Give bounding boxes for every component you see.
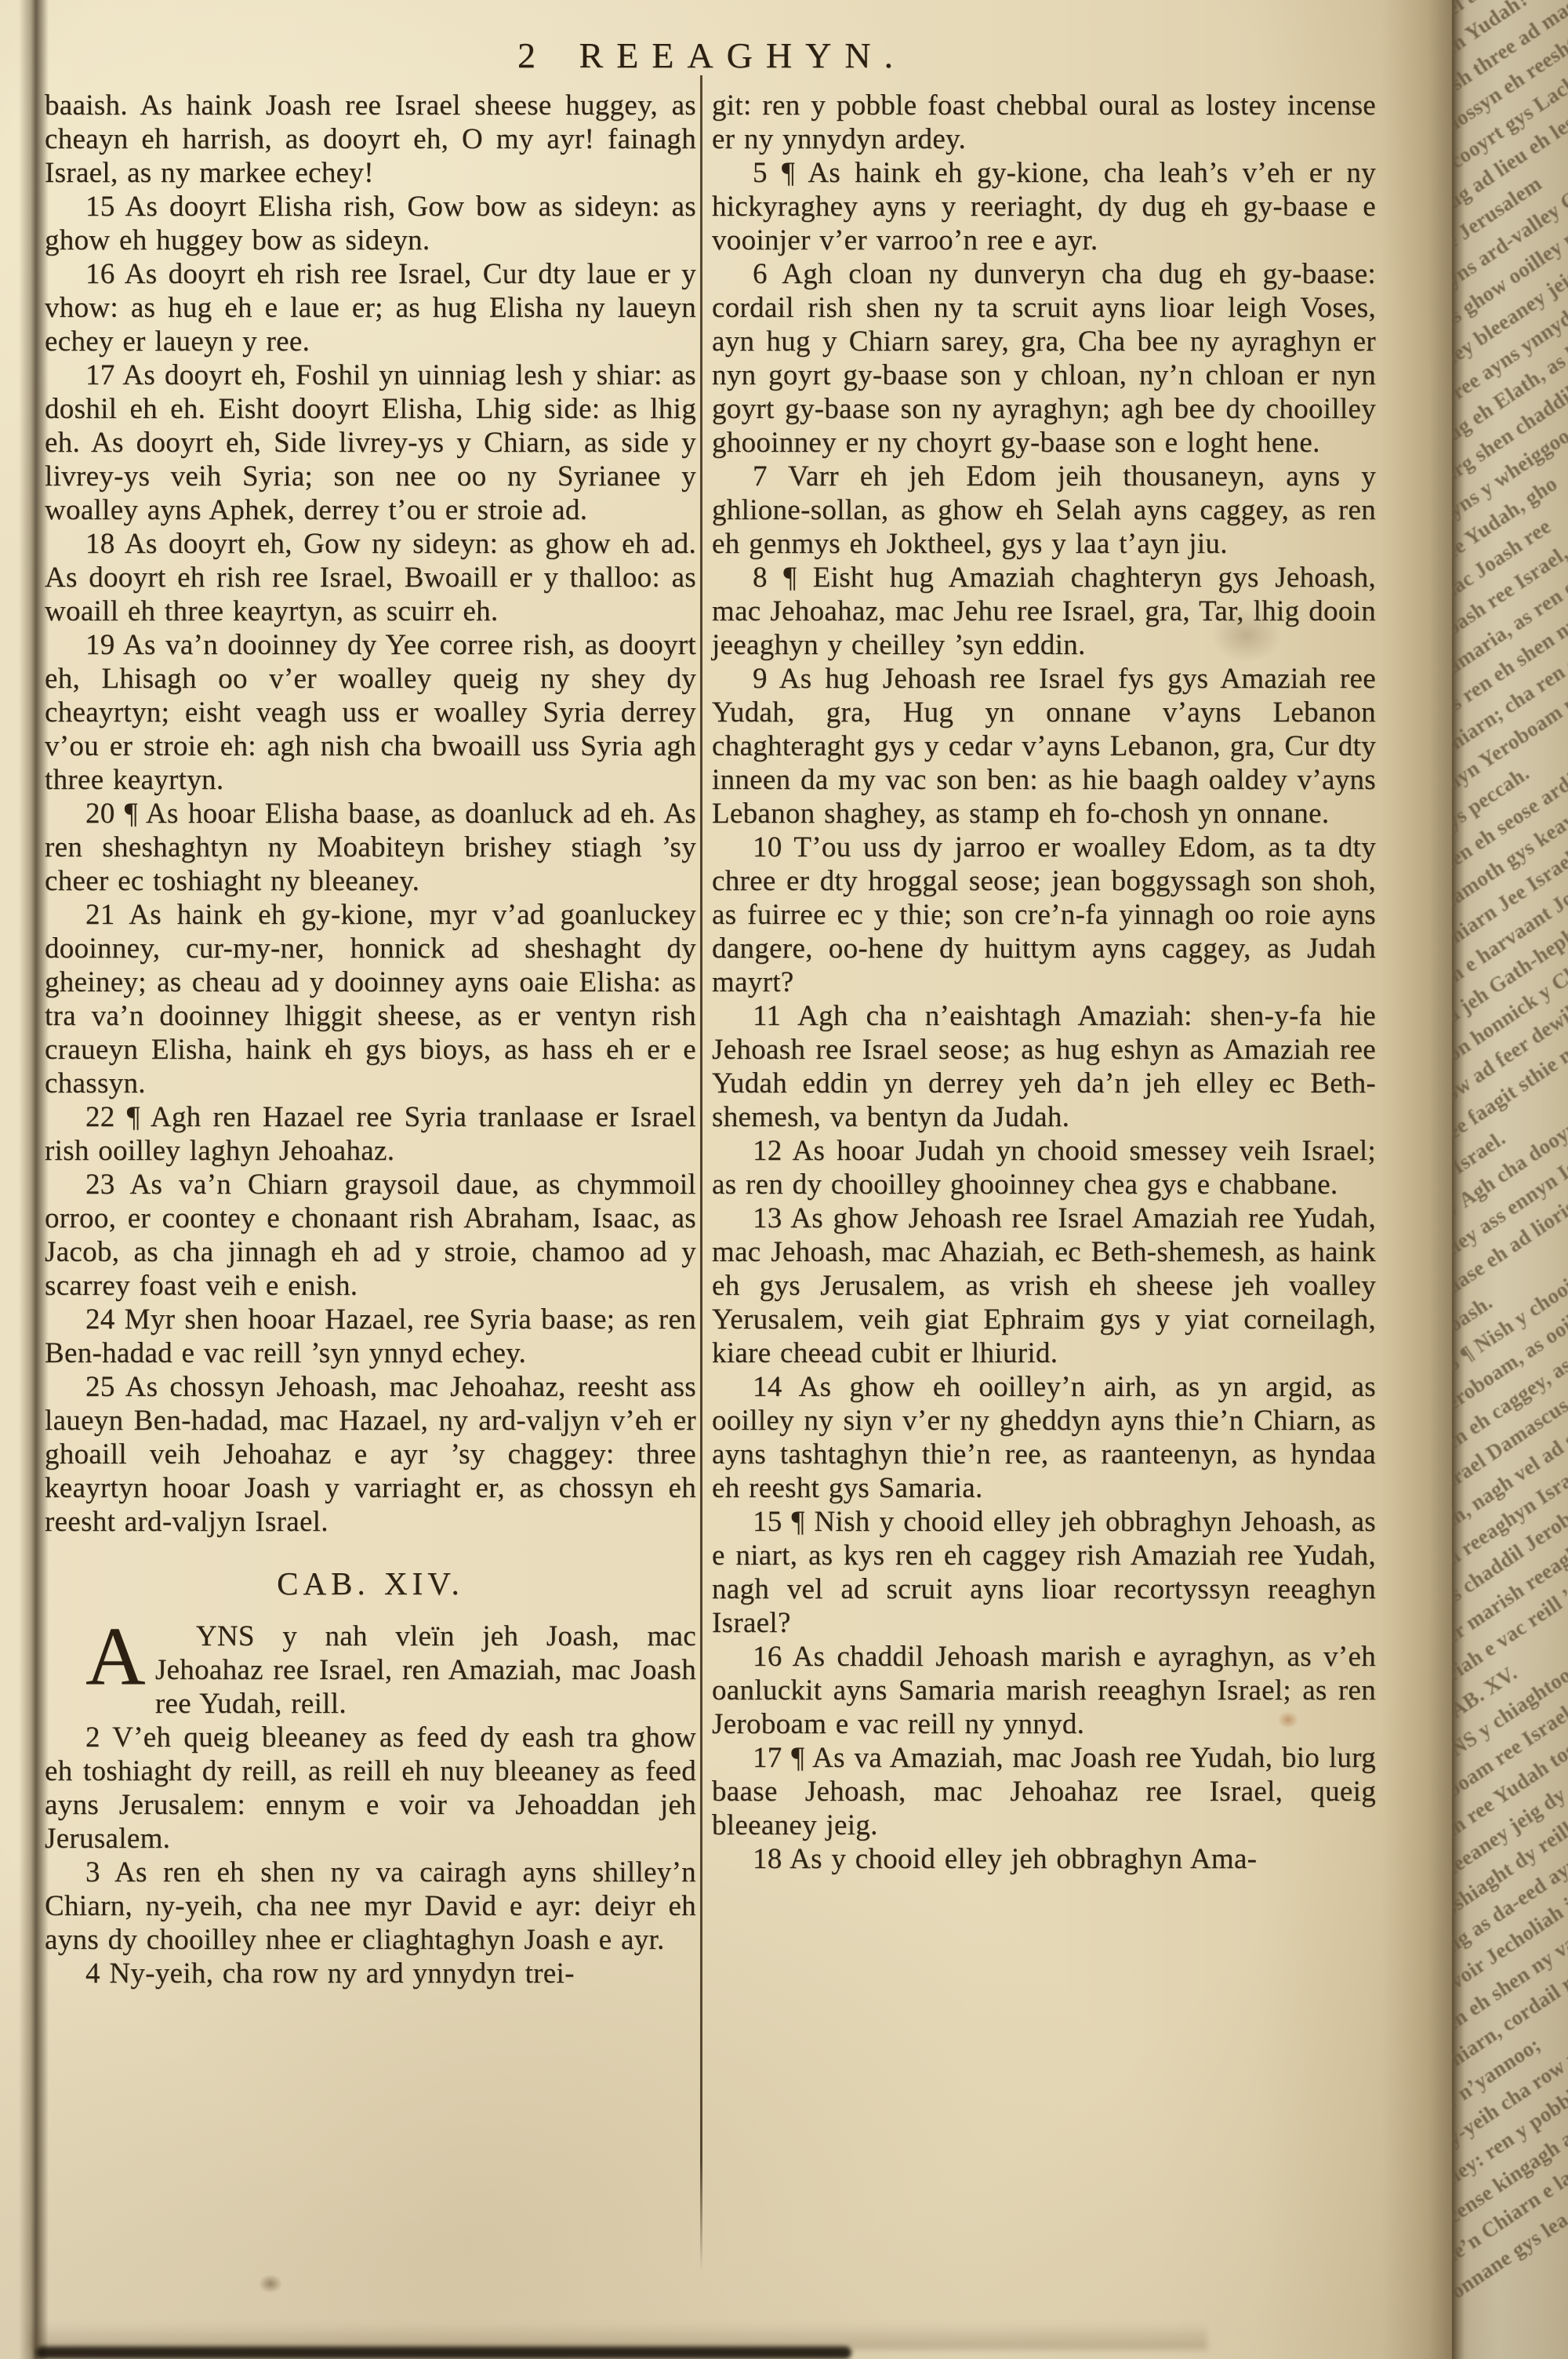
next-page-fore-edge: vel ad scruitjeh Yudah?lesh three ad mas… — [1452, 0, 1568, 2359]
verse-paragraph: 17 As dooyrt eh, Foshil yn uinniag lesh … — [45, 358, 696, 527]
verse-paragraph: 9 As hug Jehoash ree Israel fys gys Amaz… — [712, 662, 1376, 831]
verse-paragraph: 18 As dooyrt eh, Gow ny sideyn: as ghow … — [45, 527, 696, 628]
verse-paragraph: 14 As ghow eh ooilley’n airh, as yn argi… — [712, 1370, 1376, 1505]
verse-paragraph: 7 Varr eh jeh Edom jeih thousaneyn, ayns… — [712, 460, 1376, 561]
verse-paragraph: 15 ¶ Nish y chooid elley jeh obbraghyn J… — [712, 1505, 1376, 1640]
verse-paragraph: 15 As dooyrt Elisha rish, Gow bow as sid… — [45, 190, 696, 257]
bottom-page-shadow — [31, 2323, 1207, 2350]
fore-edge-shadow — [1381, 0, 1454, 2359]
verse-paragraph: 5 ¶ As haink eh gy-kione, cha leah’s v’e… — [712, 156, 1376, 257]
verse-paragraph: 8 ¶ Eisht hug Amaziah chaghteryn gys Jeh… — [712, 561, 1376, 662]
verse-paragraph: 19 As va’n dooinney dy Yee corree rish, … — [45, 628, 696, 797]
text-columns: baaish. As haink Joash ree Israel sheese… — [45, 89, 1379, 1990]
left-column-verses: baaish. As haink Joash ree Israel sheese… — [45, 89, 696, 1539]
verse-paragraph: 13 As ghow Jehoash ree Israel Amaziah re… — [712, 1201, 1376, 1370]
verse-paragraph: baaish. As haink Joash ree Israel sheese… — [45, 89, 696, 190]
verse-paragraph: git: ren y pobble foast chebbal oural as… — [712, 89, 1376, 156]
column-divider-rule — [700, 75, 702, 2271]
verse-paragraph: 16 As chaddil Jehoash marish e ayraghyn,… — [712, 1640, 1376, 1741]
drop-cap: A — [45, 1624, 146, 1688]
book-page-photo: 2 REEAGHYN. baaish. As haink Joash ree I… — [0, 0, 1568, 2359]
next-page-text: vel ad scruitjeh Yudah?lesh three ad mas… — [1452, 0, 1568, 2359]
verse-paragraph: 11 Agh cha n’eaishtagh Amaziah: shen-y-f… — [712, 999, 1376, 1134]
verse-paragraph: 16 As dooyrt eh rish ree Israel, Cur dty… — [45, 257, 696, 358]
bottom-page-edge — [36, 2346, 851, 2359]
verse-paragraph: 23 As va’n Chiarn graysoil daue, as chym… — [45, 1168, 696, 1303]
chapter-opening-paragraph: AYNS y nah vleïn jeh Joash, mac Jehoahaz… — [45, 1619, 696, 1721]
running-head: 2 REEAGHYN. — [45, 35, 1379, 76]
verse-paragraph: 20 ¶ As hooar Elisha baase, as doanluck … — [45, 797, 696, 898]
verse-paragraph: 17 ¶ As va Amaziah, mac Joash ree Yudah,… — [712, 1741, 1376, 1842]
page-sheet: 2 REEAGHYN. baaish. As haink Joash ree I… — [45, 35, 1379, 1990]
chapter-heading: CAB. XIV. — [45, 1567, 696, 1601]
opening-capitals: YNS — [196, 1620, 255, 1652]
verse-paragraph: 3 As ren eh shen ny va cairagh ayns shil… — [45, 1856, 696, 1957]
verse-paragraph: 25 As chossyn Jehoash, mac Jehoahaz, ree… — [45, 1370, 696, 1539]
verse-paragraph: 18 As y chooid elley jeh obbraghyn Ama- — [712, 1842, 1376, 1876]
verse-paragraph: 4 Ny-yeih, cha row ny ard ynnydyn trei- — [45, 1957, 696, 1990]
verse-paragraph: 22 ¶ Agh ren Hazael ree Syria tranlaase … — [45, 1100, 696, 1168]
left-column: baaish. As haink Joash ree Israel sheese… — [45, 89, 696, 1990]
verse-paragraph: 10 T’ou uss dy jarroo er woalley Edom, a… — [712, 831, 1376, 999]
verse-paragraph: 24 Myr shen hooar Hazael, ree Syria baas… — [45, 1303, 696, 1370]
right-column: git: ren y pobble foast chebbal oural as… — [712, 89, 1376, 1876]
verse-paragraph: 6 Agh cloan ny dunveryn cha dug eh gy-ba… — [712, 257, 1376, 460]
gutter-shadow — [19, 0, 49, 2359]
verse-paragraph: 12 As hooar Judah yn chooid smessey veih… — [712, 1134, 1376, 1201]
left-column-chapter-verses: 2 V’eh queig bleeaney as feed dy eash tr… — [45, 1721, 696, 1990]
verse-paragraph: 2 V’eh queig bleeaney as feed dy eash tr… — [45, 1721, 696, 1856]
paper-stain — [259, 2274, 282, 2293]
verse-paragraph: 21 As haink eh gy-kione, myr v’ad goanlu… — [45, 898, 696, 1100]
